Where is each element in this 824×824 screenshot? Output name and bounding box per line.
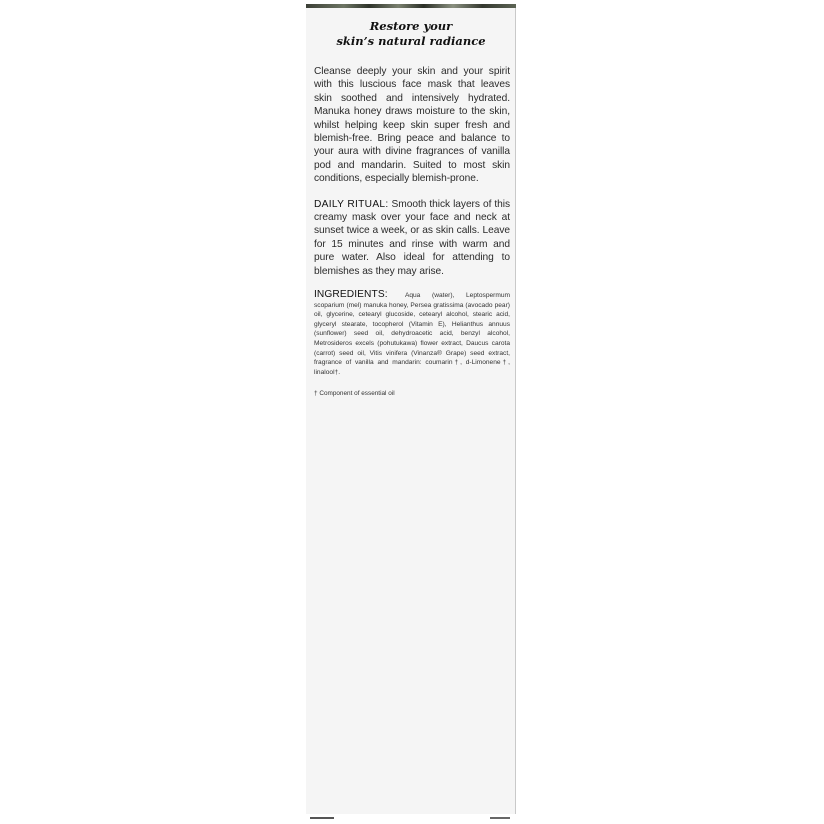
- ingredients-label: INGREDIENTS:: [314, 289, 388, 300]
- daily-ritual-section: DAILY RITUAL: Smooth thick layers of thi…: [314, 198, 510, 278]
- product-description: Cleanse deeply your skin and your spirit…: [314, 65, 510, 186]
- headline-line-1: Restore your: [306, 19, 516, 34]
- panel-content: Cleanse deeply your skin and your spirit…: [314, 65, 510, 398]
- ingredients-list: Aqua (water), Leptospermum scoparium (me…: [314, 292, 510, 376]
- decorative-bottom-marks: [306, 817, 516, 820]
- headline: Restore your skin’s natural radiance: [306, 19, 516, 49]
- product-image: Restore your skin’s natural radiance Cle…: [0, 0, 824, 824]
- decorative-top-strip: [306, 4, 516, 8]
- bottom-mark-left: [310, 817, 334, 819]
- daily-ritual-text: Smooth thick layers of this creamy mask …: [314, 199, 510, 277]
- headline-line-2: skin’s natural radiance: [306, 34, 516, 49]
- daily-ritual-label: DAILY RITUAL:: [314, 199, 389, 210]
- ingredients-section: INGREDIENTS: Aqua (water), Leptospermum …: [314, 290, 510, 377]
- bottom-mark-right: [490, 817, 510, 819]
- essential-oil-footnote: † Component of essential oil: [314, 389, 510, 398]
- product-box-side-panel: Restore your skin’s natural radiance Cle…: [306, 4, 516, 814]
